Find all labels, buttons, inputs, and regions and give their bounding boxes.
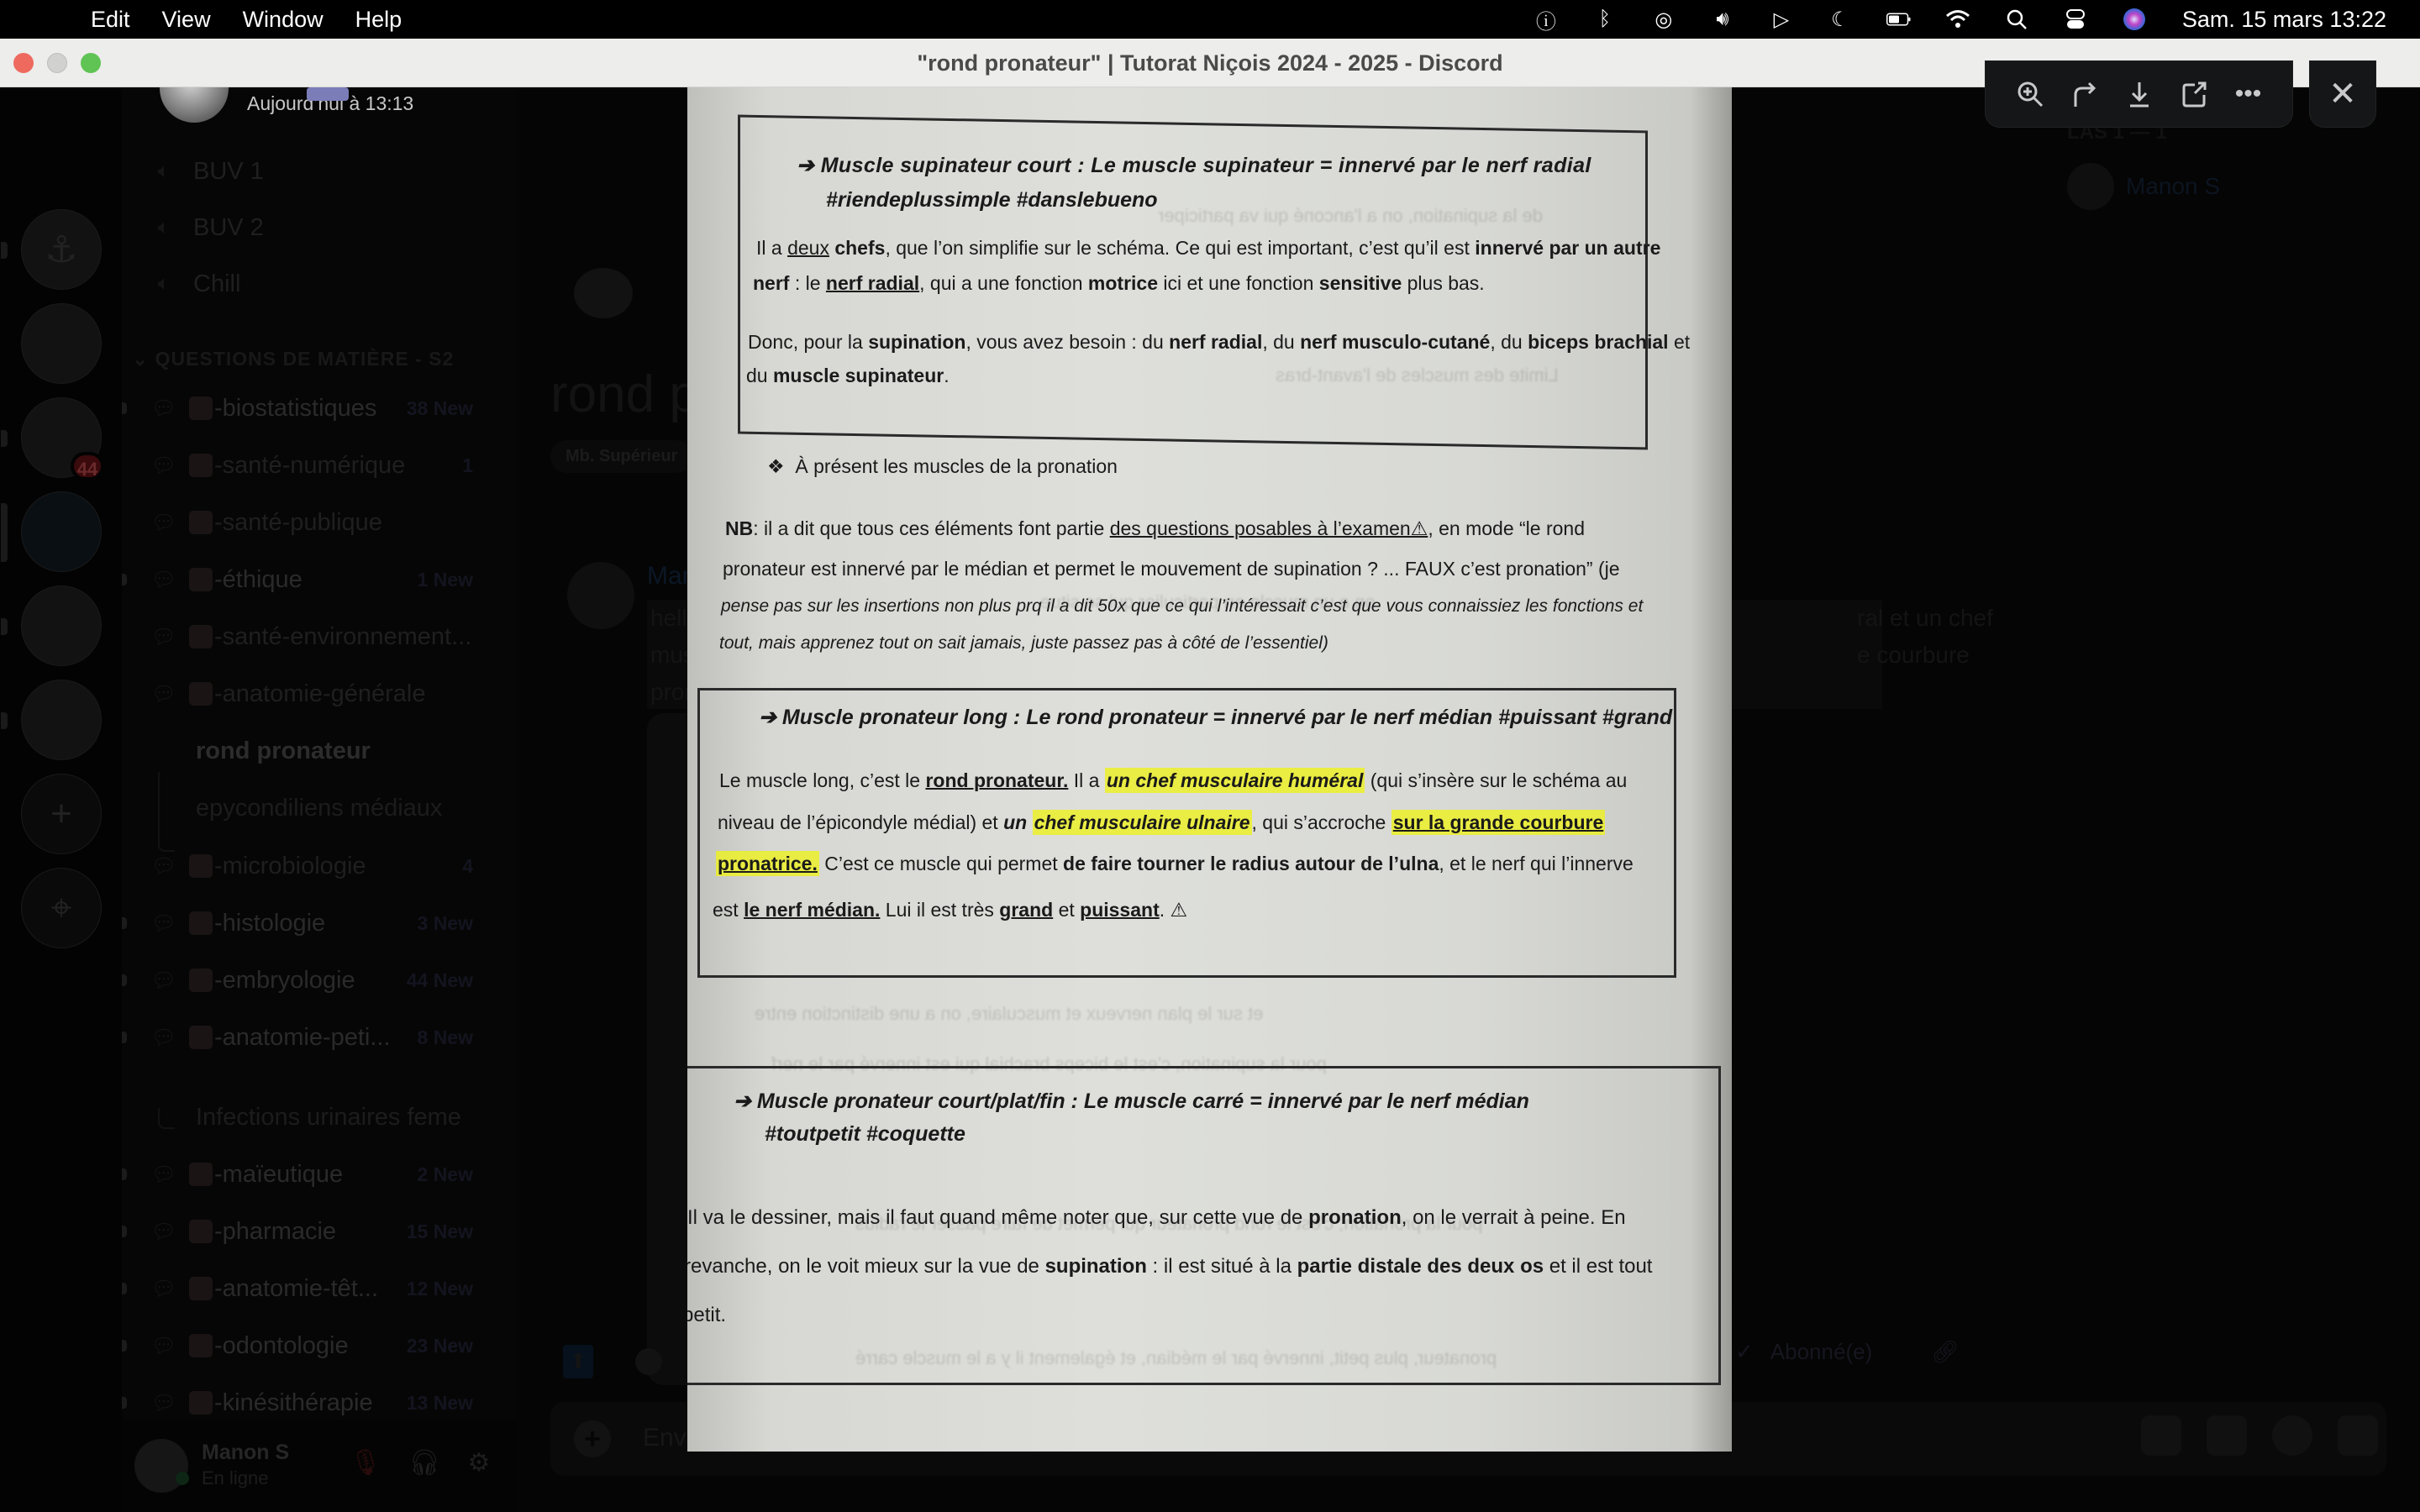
forum-channel[interactable]: 💬︎-anatomie-générale — [122, 669, 517, 719]
channel-emoji-icon — [189, 625, 213, 648]
forum-channel[interactable]: 💬︎-anatomie-têt...12 New — [122, 1263, 517, 1314]
forum-icon: 💬︎ — [150, 1277, 178, 1301]
doc-line: niveau de l’épicondyle médial) et un che… — [718, 811, 1605, 834]
channel-name: -éthique — [214, 566, 302, 594]
forum-channel[interactable]: 💬︎-maïeutique2 New — [122, 1149, 517, 1200]
upvote-icon[interactable]: ⬆ — [563, 1345, 593, 1378]
message-avatar[interactable] — [567, 562, 634, 629]
pirate-hat-icon: ⚓︎ — [22, 210, 101, 289]
do-not-disturb-icon[interactable]: ☾ — [1828, 7, 1853, 32]
unread-count: 1 — [462, 454, 473, 477]
doc-line: du muscle supinateur. — [746, 365, 950, 387]
unread-indicator — [122, 1226, 127, 1237]
channel-emoji-icon — [189, 1026, 213, 1049]
forum-icon: 💬︎ — [150, 1334, 178, 1358]
channel-emoji-icon — [189, 454, 213, 477]
menu-view[interactable]: View — [162, 7, 211, 33]
channel-emoji-icon — [189, 1220, 213, 1243]
close-icon: ✕ — [2328, 75, 2357, 113]
speaker-icon: 🔈︎ — [150, 272, 178, 296]
channel-emoji-icon — [189, 1334, 213, 1357]
unread-count: 1 New — [418, 569, 473, 591]
image-viewer-toolbar: ••• — [1985, 60, 2293, 128]
channel-name: -embryologie — [214, 967, 355, 995]
menu-bar-clock[interactable]: Sam. 15 mars 13:22 — [2182, 7, 2386, 33]
user-panel: Manon S En ligne 🎙︎ 🎧︎ ⚙ — [122, 1420, 517, 1512]
unread-indicator — [122, 1397, 127, 1409]
channel-name: -santé-publique — [214, 509, 382, 537]
server-photo[interactable] — [21, 303, 102, 384]
server-pirate[interactable]: ⚓︎ — [21, 209, 102, 290]
channel-name: -santé-numérique — [214, 452, 405, 480]
doc-line: Il va le dessiner, mais il faut quand mê… — [687, 1206, 1626, 1230]
forum-icon: 💬︎ — [150, 625, 178, 649]
forum-icon: 💬︎ — [150, 511, 178, 535]
thread-rond-pronateur[interactable]: rond pronateur — [122, 726, 517, 776]
channel-emoji-icon — [189, 1163, 213, 1186]
unread-indicator — [122, 574, 127, 585]
close-viewer-button[interactable]: ✕ — [2309, 60, 2376, 128]
user-name: Manon S — [202, 1441, 289, 1465]
chat-bubble-icon — [574, 268, 633, 318]
channel-name: -anatomie-peti... — [214, 1024, 391, 1052]
voice-channel-buv2[interactable]: 🔈︎BUV 2 — [122, 202, 517, 253]
forum-channel[interactable]: 💬︎-santé-publique — [122, 497, 517, 548]
image-viewer-photo[interactable]: de la supination, on a l'anconé qui va p… — [687, 87, 1732, 1452]
forum-icon: 💬︎ — [150, 911, 178, 936]
role-tag — [307, 87, 349, 101]
unread-pill — [1, 618, 8, 635]
discover-button[interactable]: ⌖ — [21, 868, 102, 948]
channel-emoji-icon — [189, 969, 213, 992]
forum-channel[interactable]: 💬︎-microbiologie4 — [122, 841, 517, 891]
channel-name: -anatomie-générale — [214, 680, 425, 708]
check-icon: ✓ — [1735, 1339, 1754, 1365]
unread-count: 15 New — [407, 1221, 473, 1243]
status-area: ⓘ ᛒ ◎ 🔊︎ ▷ ☾ Sam. 15 mars 13:22 — [1500, 0, 2386, 39]
server-list: ⚓︎ 44 + ⌖ — [0, 87, 122, 1512]
channel-emoji-icon — [189, 396, 213, 420]
forum-channel[interactable]: 💬︎-histologie3 New — [122, 898, 517, 948]
doc-line: Donc, pour la supination, vous avez beso… — [748, 331, 1690, 354]
mention-badge: 44 — [71, 452, 104, 480]
forum-icon: 💬︎ — [150, 568, 178, 592]
spotlight-search-icon[interactable] — [2004, 7, 2029, 32]
unread-indicator — [122, 1283, 127, 1294]
menu-edit[interactable]: Edit — [91, 7, 130, 33]
channel-emoji-icon — [189, 1391, 213, 1415]
selected-pill — [1, 503, 8, 562]
add-server-button[interactable]: + — [21, 774, 102, 854]
unread-indicator — [122, 1168, 127, 1180]
macos-menu-bar: Discord Edit View Window Help ⓘ ᛒ ◎ 🔊︎ ▷… — [0, 0, 2420, 39]
forum-channel[interactable]: 💬︎-pharmacie15 New — [122, 1206, 517, 1257]
unread-indicator — [122, 402, 127, 414]
speaker-icon: 🔈︎ — [150, 216, 178, 239]
doc-line: nerf : le nerf radial, qui a une fonctio… — [753, 272, 1485, 295]
forward-icon[interactable] — [2068, 77, 2102, 111]
forum-channel[interactable]: 💬︎-biostatistiques38 New — [122, 383, 517, 433]
channel-name: -odontologie — [214, 1332, 349, 1360]
download-icon[interactable] — [2123, 77, 2156, 111]
zoom-in-icon[interactable] — [2013, 77, 2047, 111]
forum-channel[interactable]: 💬︎-embryologie44 New — [122, 955, 517, 1005]
voice-channel-chill[interactable]: 🔈︎Chill — [122, 259, 517, 309]
member-list: LAS 1 — 1 Manon S — [2025, 87, 2420, 1512]
highlight: un chef musculaire huméral — [1105, 768, 1365, 793]
user-status: En ligne — [202, 1467, 269, 1489]
forum-icon: 💬︎ — [150, 969, 178, 993]
member-name[interactable]: Manon S — [2126, 173, 2220, 200]
mute-microphone-icon[interactable]: 🎙︎ — [349, 1446, 382, 1480]
forum-icon: 💬︎ — [150, 396, 178, 421]
control-center-icon[interactable] — [2063, 7, 2088, 32]
unread-pill — [1, 712, 8, 729]
online-status-dot — [176, 1472, 189, 1485]
channel-category[interactable]: ⌄ QUESTIONS DE MATIÈRE - S2 — [132, 348, 454, 370]
thread-infections-urinaires[interactable]: Infections urinaires feme — [122, 1092, 517, 1142]
message-header-overflow: Aujourd’hui à 13:13 — [160, 87, 413, 123]
unread-pill — [1, 242, 8, 259]
channel-emoji-icon — [189, 682, 213, 706]
channel-name: -histologie — [214, 910, 325, 937]
forum-icon: 💬︎ — [150, 1220, 178, 1244]
headphones-icon[interactable]: 🎧︎ — [408, 1446, 441, 1480]
unread-count: 13 New — [407, 1392, 473, 1415]
channel-emoji-icon — [189, 568, 213, 591]
forum-channel[interactable]: 💬︎-santé-numérique1 — [122, 440, 517, 491]
volume-icon[interactable]: 🔊︎ — [1710, 7, 1735, 32]
doc-line: pronatrice. C’est ce muscle qui permet d… — [716, 853, 1633, 875]
unread-count: 2 New — [418, 1163, 473, 1186]
server-brain[interactable]: 44 — [21, 397, 102, 478]
open-external-icon[interactable] — [2177, 77, 2211, 111]
channel-name: -biostatistiques — [214, 395, 376, 423]
play-icon[interactable]: ▷ — [1769, 7, 1794, 32]
forum-channel[interactable]: 💬︎-anatomie-peti...8 New — [122, 1012, 517, 1063]
avatar — [160, 87, 229, 123]
add-reaction-icon[interactable] — [635, 1348, 662, 1375]
battery-icon[interactable] — [1886, 7, 1912, 32]
copy-link-icon[interactable]: 🔗︎ — [1931, 1339, 1959, 1365]
unread-indicator — [122, 917, 127, 929]
channel-name: -anatomie-têt... — [214, 1275, 378, 1303]
forum-icon: 💬︎ — [150, 854, 178, 879]
doc-bullet: ❖ À présent les muscles de la pronation — [767, 455, 1118, 478]
forum-icon: 💬︎ — [150, 1391, 178, 1415]
siri-icon[interactable] — [2122, 7, 2147, 32]
unread-indicator — [122, 1340, 127, 1352]
channel-name: -maïeutique — [214, 1161, 343, 1189]
unread-count: 12 New — [407, 1278, 473, 1300]
unread-count: 8 New — [418, 1026, 473, 1049]
channel-emoji-icon — [189, 911, 213, 935]
wifi-icon[interactable] — [1945, 7, 1970, 32]
forum-icon: 💬︎ — [150, 1163, 178, 1187]
server-cartoon[interactable] — [21, 585, 102, 666]
unread-count: 4 — [462, 855, 473, 878]
compass-icon: ⌖ — [22, 869, 101, 948]
voice-channel-buv1[interactable]: 🔈︎BUV 1 — [122, 146, 517, 197]
message-actions: ⬆ — [563, 1345, 662, 1378]
channel-sidebar: Aujourd’hui à 13:13 🔈︎BUV 1 🔈︎BUV 2 🔈︎Ch… — [122, 87, 517, 1512]
follow-status[interactable]: ✓ Abonné(e) 🔗︎ — [1735, 1339, 1959, 1365]
unread-pill — [1, 430, 8, 447]
forum-icon: 💬︎ — [150, 1026, 178, 1050]
highlight: pronatrice. — [716, 851, 819, 876]
forum-channel[interactable]: 💬︎-santé-environnement... — [122, 612, 517, 662]
unread-count: 3 New — [418, 912, 473, 935]
unread-count: 44 New — [407, 969, 473, 992]
thread-epycondiliens-mediaux[interactable]: epycondiliens médiaux — [122, 783, 517, 833]
unread-indicator — [122, 974, 127, 986]
doc-line: NB: il a dit que tous ces éléments font … — [725, 517, 1585, 540]
channel-emoji-icon — [189, 511, 213, 534]
doc-line: Il a deux chefs, que l’on simplifie sur … — [756, 237, 1660, 260]
unread-indicator — [122, 1032, 127, 1043]
menu-help[interactable]: Help — [355, 7, 402, 33]
doc-line: revanche, on le voit mieux sur la vue de… — [687, 1255, 1652, 1278]
highlight: sur la grande courbure — [1391, 810, 1606, 835]
server-bw-photo[interactable] — [21, 680, 102, 760]
menu-window[interactable]: Window — [243, 7, 324, 33]
channel-name: -pharmacie — [214, 1218, 336, 1246]
forum-channel[interactable]: 💬︎-éthique1 New — [122, 554, 517, 605]
doc-line: Le muscle long, c’est le rond pronateur.… — [719, 769, 1627, 792]
channel-name: -microbiologie — [214, 853, 366, 880]
unread-count: 38 New — [407, 397, 473, 420]
unread-count: 23 New — [407, 1335, 473, 1357]
more-icon[interactable]: ••• — [2232, 77, 2265, 111]
forum-icon: 💬︎ — [150, 682, 178, 706]
channel-emoji-icon — [189, 1277, 213, 1300]
focus-alert-icon[interactable]: ⓘ — [1534, 7, 1559, 32]
highlight: chef musculaire ulnaire — [1033, 810, 1252, 835]
settings-gear-icon[interactable]: ⚙ — [462, 1446, 496, 1480]
forum-icon: 💬︎ — [150, 454, 178, 478]
channel-emoji-icon — [189, 854, 213, 878]
channel-name: -santé-environnement... — [214, 623, 471, 651]
bluetooth-icon[interactable]: ᛒ — [1592, 7, 1618, 32]
doc-line: est le nerf médian. Lui il est très gran… — [713, 899, 1187, 921]
forum-channel[interactable]: 💬︎-odontologie23 New — [122, 1320, 517, 1371]
thread-tag[interactable]: Mb. Supérieur — [550, 440, 692, 473]
upload-plus-icon[interactable]: + — [574, 1420, 611, 1457]
server-tutorat-nicois[interactable] — [21, 491, 102, 572]
speaker-icon: 🔈︎ — [150, 160, 178, 183]
member-avatar[interactable] — [2067, 163, 2114, 210]
channel-name: -kinésithérapie — [214, 1389, 373, 1417]
airdrop-icon[interactable]: ◎ — [1651, 7, 1676, 32]
plus-icon: + — [22, 774, 101, 853]
